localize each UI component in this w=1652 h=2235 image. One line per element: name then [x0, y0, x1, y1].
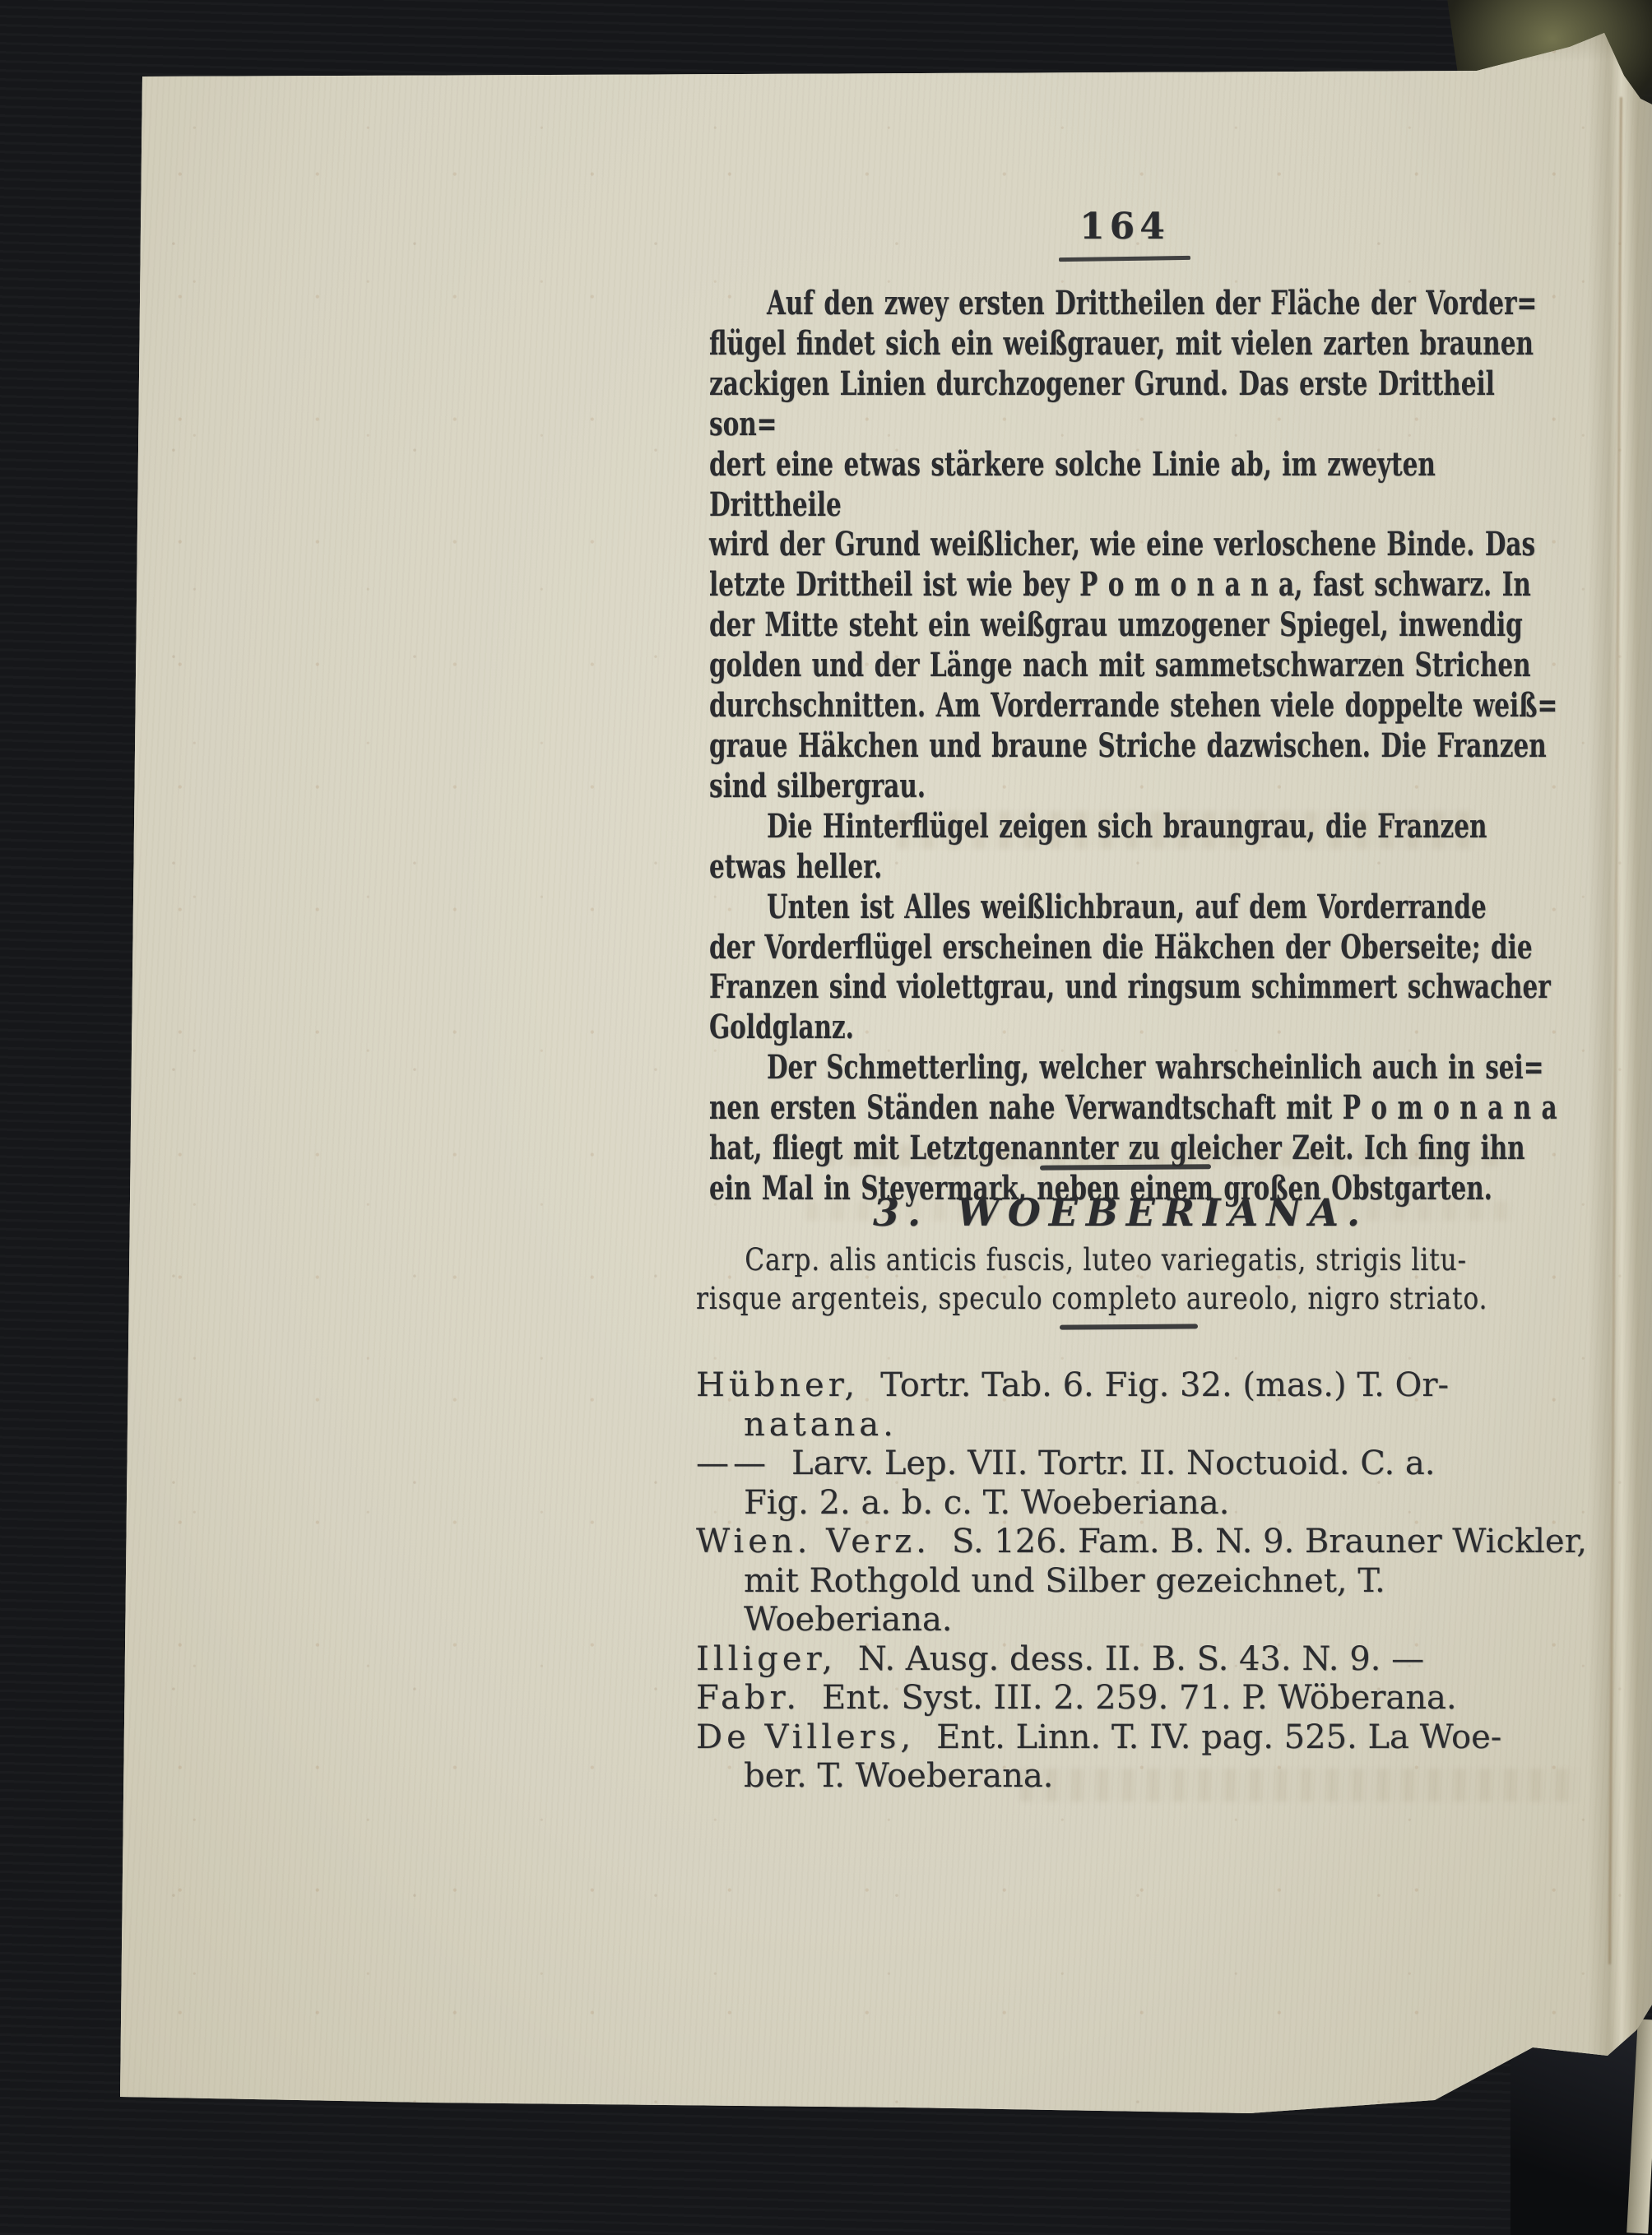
section-heading: 3. WOEBERIANA.	[676, 1190, 1565, 1235]
reference-author: De Villers,	[696, 1718, 915, 1756]
paragraph: Der Schmetterling, welcher wahrscheinlic…	[709, 1048, 1570, 1209]
reference-author: Illiger,	[696, 1640, 837, 1678]
reference-text: Ent. Linn. T. IV. pag. 525. La Woe-	[936, 1718, 1501, 1756]
reference-line: ——Larv. Lep. VII. Tortr. II. Noctuoid. C…	[696, 1444, 1601, 1484]
reference-line: Fabr.Ent. Syst. III. 2. 259. 71. P. Wöbe…	[696, 1679, 1601, 1718]
reference-line: Hübner,Tortr. Tab. 6. Fig. 32. (mas.) T.…	[696, 1366, 1601, 1406]
body-text: Auf den zwey ersten Drittheilen der Fläc…	[709, 284, 1570, 1209]
reference-line: De Villers,Ent. Linn. T. IV. pag. 525. L…	[696, 1718, 1601, 1758]
paper-crease-line	[1608, 97, 1622, 1964]
reference-line: mit Rothgold und Silber gezeichnet, T. W…	[696, 1562, 1601, 1640]
paper-sheet: 164 Auf den zwey ersten Drittheilen der …	[0, 0, 1652, 2235]
reference-author: ——	[696, 1444, 770, 1482]
reference-text: mit Rothgold und Silber gezeichnet, T. W…	[744, 1562, 1385, 1639]
synonymy-references: Hübner,Tortr. Tab. 6. Fig. 32. (mas.) T.…	[696, 1366, 1601, 1797]
reference-text: ber. T. Woeberana.	[744, 1757, 1053, 1795]
latin-diagnosis: Carp. alis anticis fuscis, luteo variega…	[696, 1240, 1601, 1318]
reference-text: Ent. Syst. III. 2. 259. 71. P. Wöberana.	[822, 1679, 1457, 1717]
reference-line: Wien. Verz.S. 126. Fam. B. N. 9. Brauner…	[696, 1523, 1601, 1562]
reference-author: Wien. Verz.	[696, 1523, 930, 1560]
paragraph: Die Hinterflügel zeigen sich braungrau, …	[709, 807, 1570, 888]
reference-line: Illiger,N. Ausg. dess. II. B. S. 43. N. …	[696, 1640, 1601, 1680]
page-number-underline	[1059, 256, 1190, 262]
reference-text: Fig. 2. a. b. c. T. Woeberiana.	[744, 1484, 1229, 1522]
reference-text: Tortr. Tab. 6. Fig. 32. (mas.) T. Or-	[880, 1366, 1449, 1404]
reference-author: Hübner,	[696, 1366, 859, 1404]
reference-text: N. Ausg. dess. II. B. S. 43. N. 9. —	[858, 1640, 1424, 1678]
latin-divider-rule	[1060, 1324, 1198, 1329]
reference-text: natana.	[744, 1406, 898, 1444]
paragraph: Unten ist Alles weißlichbraun, auf dem V…	[709, 888, 1570, 1049]
reference-author: Fabr.	[696, 1679, 800, 1717]
paragraph: Auf den zwey ersten Drittheilen der Fläc…	[709, 284, 1570, 807]
reference-line: Fig. 2. a. b. c. T. Woeberiana.	[696, 1484, 1601, 1523]
reference-line: natana.	[696, 1406, 1601, 1445]
scanned-book-page: 164 Auf den zwey ersten Drittheilen der …	[0, 0, 1652, 2235]
reference-text: S. 126. Fam. B. N. 9. Brauner Wickler,	[952, 1523, 1587, 1560]
page-number: 164	[1042, 206, 1207, 248]
reference-line: ber. T. Woeberana.	[696, 1757, 1601, 1797]
reference-text: Larv. Lep. VII. Tortr. II. Noctuoid. C. …	[791, 1444, 1435, 1482]
